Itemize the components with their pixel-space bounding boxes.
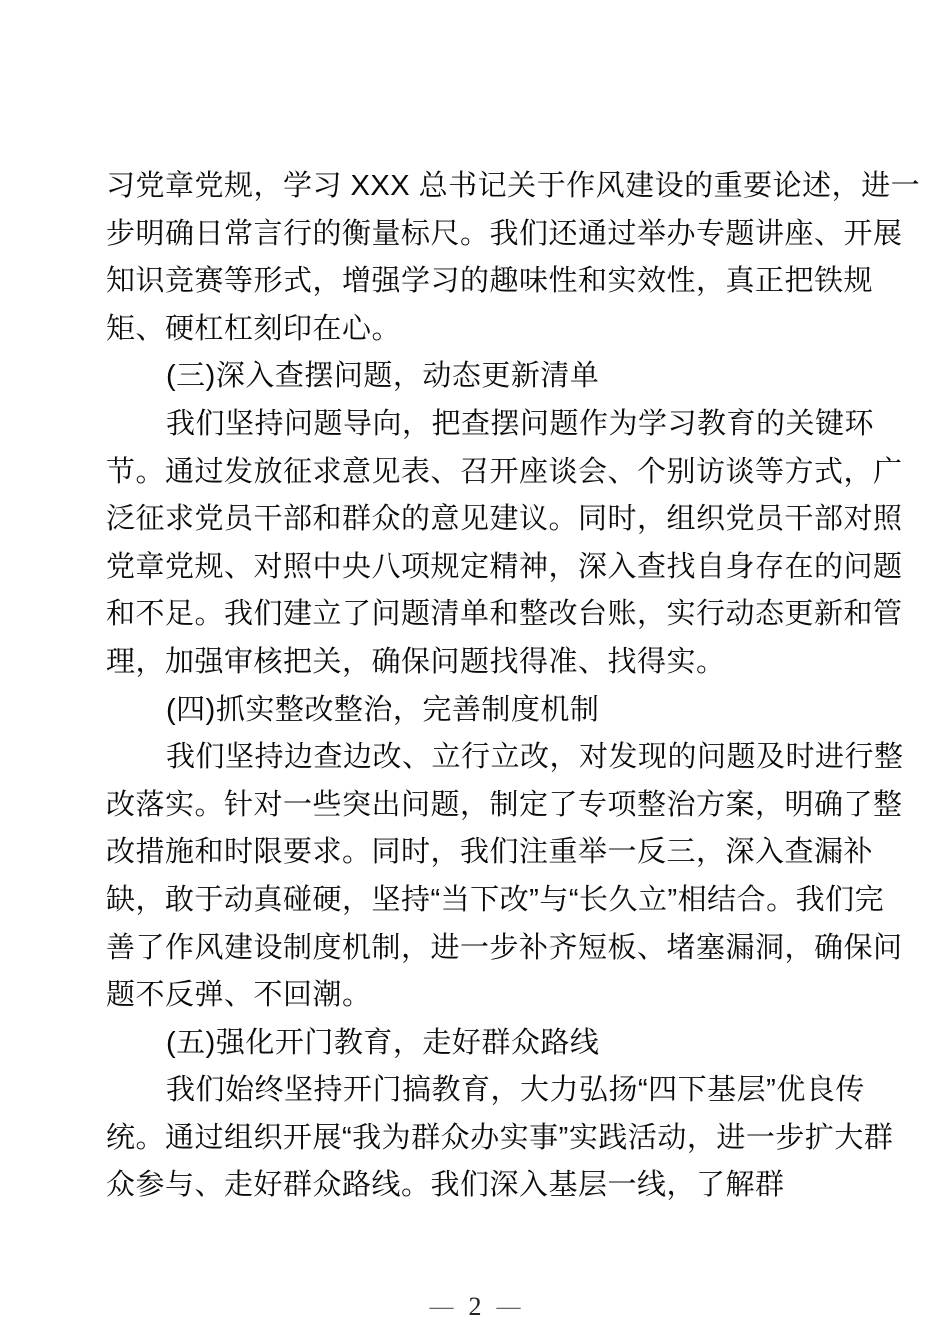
footer-dash-left: —: [430, 1294, 454, 1321]
text-line: 节。通过发放征求意见表、召开座谈会、个别访谈等方式，广: [106, 449, 836, 497]
text-line: 步明确日常言行的衡量标尺。我们还通过举办专题讲座、开展: [106, 211, 836, 259]
text-line: 善了作风建设制度机制，进一步补齐短板、堵塞漏洞，确保问: [106, 925, 836, 973]
footer-dash-right: —: [497, 1294, 521, 1321]
text-line: 我们坚持边查边改、立行立改，对发现的问题及时进行整: [106, 734, 836, 782]
page-footer: — 2 —: [0, 1292, 950, 1322]
text-line: 我们坚持问题导向，把查摆问题作为学习教育的关键环: [106, 401, 836, 449]
text-line: 理，加强审核把关，确保问题找得准、找得实。: [106, 639, 836, 687]
section-heading: (三)深入查摆问题，动态更新清单: [106, 353, 836, 401]
text-line: 统。通过组织开展“我为群众办实事”实践活动，进一步扩大群: [106, 1115, 836, 1163]
text-line: 改措施和时限要求。同时，我们注重举一反三，深入查漏补: [106, 829, 836, 877]
text-line: 习党章党规，学习 XXX 总书记关于作风建设的重要论述，进一: [106, 163, 836, 211]
text-line: 众参与、走好群众路线。我们深入基层一线，了解群: [106, 1162, 836, 1210]
text-line: 和不足。我们建立了问题清单和整改台账，实行动态更新和管: [106, 591, 836, 639]
text-line: 知识竞赛等形式，增强学习的趣味性和实效性，真正把铁规: [106, 258, 836, 306]
section-heading: (五)强化开门教育，走好群众路线: [106, 1020, 836, 1068]
text-line: 矩、硬杠杠刻印在心。: [106, 306, 836, 354]
page-number: 2: [469, 1292, 482, 1322]
section-heading: (四)抓实整改整治，完善制度机制: [106, 687, 836, 735]
text-line: 缺，敢于动真碰硬，坚持“当下改”与“长久立”相结合。我们完: [106, 877, 836, 925]
text-line: 改落实。针对一些突出问题，制定了专项整治方案，明确了整: [106, 782, 836, 830]
text-line: 我们始终坚持开门搞教育，大力弘扬“四下基层”优良传: [106, 1067, 836, 1115]
text-line: 题不反弹、不回潮。: [106, 972, 836, 1020]
text-line: 党章党规、对照中央八项规定精神，深入查找自身存在的问题: [106, 544, 836, 592]
document-page: 习党章党规，学习 XXX 总书记关于作风建设的重要论述，进一 步明确日常言行的衡…: [0, 0, 950, 1344]
text-line: 泛征求党员干部和群众的意见建议。同时，组织党员干部对照: [106, 496, 836, 544]
document-body: 习党章党规，学习 XXX 总书记关于作风建设的重要论述，进一 步明确日常言行的衡…: [106, 163, 836, 1210]
